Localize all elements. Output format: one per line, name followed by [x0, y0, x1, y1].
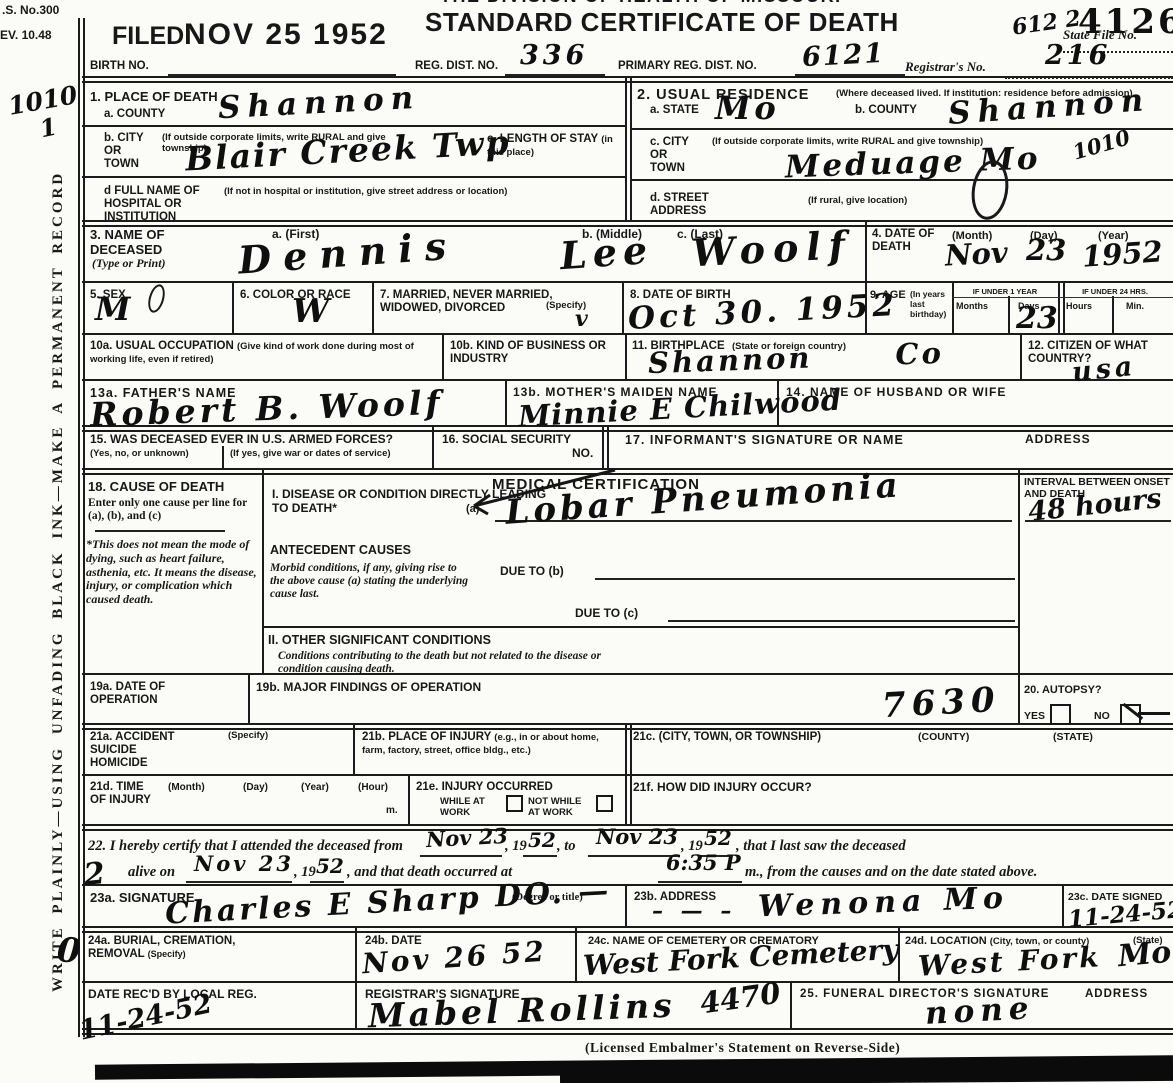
age-min-header: Min. [1126, 301, 1144, 311]
grid-line [262, 470, 264, 675]
registrar-signature-handwriting: Mabel Rollins [368, 989, 677, 1033]
grid-line [625, 886, 627, 928]
grid-line [1062, 886, 1064, 928]
date-of-death-label: 4. DATE OF DEATH [872, 228, 940, 254]
grid-line [408, 776, 410, 826]
margin-handwriting-0: 0 [56, 933, 82, 969]
pod-county-handwriting: Shannon [217, 83, 421, 125]
certify-text-6: m., from the causes and on the date stat… [745, 864, 1037, 881]
grid-line [168, 74, 396, 76]
grid-line [262, 626, 1018, 628]
res-city-extra-handwriting: 1010 [1070, 126, 1132, 162]
while-at-work-checkbox [506, 795, 523, 812]
autopsy-no-checkmark-tail [1138, 712, 1170, 715]
other-conditions-note: Conditions contributing to the death but… [278, 650, 613, 676]
citizen-handwriting: usa [1071, 353, 1138, 387]
res-state-label: a. STATE [650, 104, 699, 117]
grid-line [1005, 74, 1173, 79]
armed-forces-note2: (If yes, give war or dates of service) [230, 449, 435, 460]
toi-month-header: (Month) [168, 782, 205, 794]
registrar-no-label: Registrar's No. [905, 60, 986, 75]
autopsy-no-label: NO [1094, 710, 1110, 722]
ssn-no-label: NO. [572, 447, 593, 461]
certify-year3-handwriting: 52 [316, 856, 344, 876]
date-of-operation-label: 19a. DATE OF OPERATION [90, 681, 235, 707]
business-industry-label: 10b. KIND OF BUSINESS OR INDUSTRY [450, 340, 622, 366]
grid-line [82, 176, 625, 178]
agency-line: THE DIVISION OF HEALTH OF MISSOURI [440, 0, 842, 7]
grid-line [222, 446, 224, 470]
res-city-label: c. CITY OR TOWN [650, 136, 700, 176]
res-street-label: d. STREET ADDRESS [650, 192, 735, 218]
burial-state-handwriting: Mo [1117, 938, 1173, 973]
res-state-handwriting: Mo [715, 92, 780, 124]
grid-line [668, 620, 1015, 622]
certify-text-4: alive on [128, 864, 175, 881]
margin-handwriting-1: 1 [38, 115, 59, 142]
grid-line [630, 128, 1173, 130]
marital-handwriting: v [575, 308, 588, 330]
grid-line [625, 725, 632, 826]
other-conditions-label: II. OTHER SIGNIFICANT CONDITIONS [268, 633, 491, 647]
grid-line [355, 983, 357, 1030]
due-to-b-label: DUE TO (b) [500, 565, 564, 579]
grid-line [625, 335, 627, 381]
res-street-note: (If rural, give location) [808, 196, 907, 207]
grid-line [1018, 470, 1020, 725]
occupation-label: 10a. USUAL OCCUPATION (Give kind of work… [90, 340, 438, 366]
autopsy-yes-checkbox [1050, 704, 1071, 725]
grid-line [1112, 296, 1114, 335]
spouse-name-label: 14. NAME OF HUSBAND OR WIFE [786, 386, 1006, 400]
embalmer-note: (Licensed Embalmer's Statement on Revers… [585, 1040, 900, 1056]
grid-line [658, 881, 742, 883]
grid-line [186, 881, 292, 883]
filed-stamp: FILED [112, 22, 184, 51]
certify-year2-handwriting: 52 [704, 828, 732, 848]
age-note: (In years last birthday) [910, 290, 955, 319]
findings-handwriting: 7630 [881, 683, 1001, 723]
state-file-number: 41265 [1078, 2, 1173, 42]
armed-forces-label: 15. WAS DECEASED EVER IN U.S. ARMED FORC… [90, 433, 393, 447]
grid-line [248, 675, 250, 725]
middle-name-handwriting: Lee [559, 231, 655, 275]
injury-state-header: (STATE) [1053, 731, 1093, 743]
hospital-name-note: (If not in hospital or institution, give… [224, 187, 614, 198]
due-to-c-label: DUE TO (c) [575, 607, 638, 621]
autopsy-yes-label: YES [1024, 710, 1045, 722]
registrar-no-handwriting: 216 [1045, 42, 1110, 69]
grid-line [1008, 296, 1010, 335]
grid-line [420, 855, 502, 857]
registrar-extra-handwriting: 4470 [698, 979, 782, 1019]
major-findings-label: 19b. MAJOR FINDINGS OF OPERATION [256, 681, 481, 695]
grid-line [625, 78, 632, 222]
grid-line [82, 673, 1173, 675]
form-number-line1: .S. No.300 [2, 4, 59, 18]
toi-day-header: (Day) [243, 782, 268, 794]
funeral-director-handwriting: none [924, 993, 1035, 1030]
dod-day-handwriting: 23 [1026, 236, 1066, 265]
physician-address-dashes: – — – [652, 900, 736, 922]
grid-line [82, 981, 1173, 983]
margin-instruction: WRITE PLAINLY—USING UNFADING BLACK INK—M… [50, 171, 67, 992]
primary-reg-handwriting: 6121 [801, 40, 885, 71]
grid-line [795, 74, 905, 76]
reg-dist-label: REG. DIST. NO. [415, 60, 498, 73]
grid-line [505, 381, 507, 427]
ink-arrow-mark [430, 462, 620, 520]
res-county-label: b. COUNTY [855, 104, 917, 117]
certify-text-2: , to [557, 838, 576, 855]
toi-hour-header: (Hour) [358, 782, 388, 794]
dod-year-handwriting: 1952 [1081, 237, 1164, 272]
grid-line [442, 335, 444, 381]
dod-month-handwriting: Nov [944, 238, 1008, 270]
grid-line [790, 983, 792, 1030]
grid-line [82, 468, 1173, 475]
funeral-director-address-label: ADDRESS [1085, 988, 1148, 1001]
place-of-injury-label: 21b. PLACE OF INJURY (e.g., in or about … [362, 731, 618, 757]
burial-location-handwriting: West Fork [917, 943, 1102, 981]
cause-note1: Enter only one cause per line for (a), (… [88, 497, 258, 523]
filed-date-stamp: NOV 25 1952 [184, 18, 388, 53]
grid-line [865, 222, 867, 283]
certify-text-3: , that I last saw the deceased [736, 838, 906, 855]
certify-year1-handwriting: 52 [528, 830, 556, 850]
accident-suicide-label: 21a. ACCIDENT SUICIDE HOMICIDE [90, 731, 190, 771]
last-name-handwriting: Woolf [691, 226, 854, 272]
grid-line [232, 283, 234, 335]
color-race-handwriting: W [292, 294, 329, 327]
length-of-stay-label: c. LENGTH OF STAY (in this place) [487, 133, 622, 159]
hospital-name-label: d FULL NAME OF HOSPITAL OR INSTITUTION [104, 185, 222, 225]
name-of-deceased-title: 3. NAME OF DECEASED [90, 228, 230, 258]
place-of-death-title: 1. PLACE OF DEATH [90, 90, 218, 105]
grid-line [952, 297, 1173, 298]
pod-county-label: a. COUNTY [104, 108, 165, 121]
pod-city-label: b. CITY OR TOWN [104, 132, 152, 172]
morbid-conditions-note: Morbid conditions, if any, giving rise t… [270, 562, 470, 602]
cause-note2: *This does not mean the mode of dying, s… [86, 538, 260, 607]
grid-line [82, 379, 1173, 381]
grid-line [595, 578, 1015, 580]
injury-county-header: (COUNTY) [918, 731, 969, 743]
toi-m-label: m. [386, 805, 398, 817]
how-injury-occurred-label: 21f. HOW DID INJURY OCCUR? [633, 781, 812, 795]
not-while-at-work-checkbox [596, 795, 613, 812]
grid-line [353, 725, 355, 776]
grid-line [1020, 335, 1022, 381]
grid-line [82, 125, 625, 127]
first-name-handwriting: Dennis [237, 226, 459, 279]
time-of-injury-label: 21d. TIME OF INJURY [90, 781, 152, 807]
cause-of-death-label: 18. CAUSE OF DEATH [88, 480, 224, 495]
death-certificate-scan: .S. No.300 EV. 10.48 1010 1 WRITE PLAINL… [0, 0, 1173, 1083]
burial-label: 24a. BURIAL, CREMATION, REMOVAL (Specify… [88, 935, 248, 961]
margin-handwriting-2: 2 [82, 859, 106, 891]
ink-flourish-small-oval [145, 282, 167, 314]
grid-line [310, 881, 344, 883]
certify-19-3: , 19 [294, 864, 316, 881]
informant-address-label: ADDRESS [1025, 433, 1091, 447]
grid-line [505, 74, 605, 76]
certify-text-5: , and that death occurred at [347, 864, 512, 881]
grid-line [622, 283, 624, 335]
age-days-handwriting: 23 [1016, 304, 1058, 334]
autopsy-label: 20. AUTOPSY? [1024, 684, 1102, 697]
accident-specify-note: (Specify) [228, 731, 268, 742]
sex-handwriting: M [95, 293, 130, 325]
certificate-title: STANDARD CERTIFICATE OF DEATH [425, 8, 899, 38]
informant-label: 17. INFORMANT'S SIGNATURE OR NAME [625, 433, 904, 447]
certify-to-handwriting: Nov 23 [596, 826, 678, 847]
armed-forces-note1: (Yes, no, or unknown) [90, 449, 189, 460]
grid-line [82, 884, 1173, 886]
while-at-work-label: WHILE AT WORK [440, 797, 498, 819]
grid-line [523, 855, 557, 857]
type-or-print-note: (Type or Print) [92, 257, 166, 271]
ssn-label: 16. SOCIAL SECURITY [442, 433, 571, 447]
toi-year-header: (Year) [301, 782, 329, 794]
age-under1-header: IF UNDER 1 YEAR [954, 288, 1056, 297]
age-months-header: Months [956, 301, 988, 311]
grid-line [372, 283, 374, 335]
reg-dist-handwriting: 336 [520, 42, 588, 69]
primary-reg-label: PRIMARY REG. DIST. NO. [618, 60, 757, 73]
grid-line [95, 530, 225, 532]
age-under24-header: IF UNDER 24 HRS. [1060, 288, 1170, 297]
antecedent-causes-label: ANTECEDENT CAUSES [270, 543, 411, 557]
birthplace-handwriting: Shannon Co [648, 339, 945, 378]
grid-line [355, 928, 357, 983]
certify-alive-handwriting: Nov 23 [194, 853, 294, 874]
grid-line [82, 1028, 1173, 1035]
age-label: 9. AGE [870, 289, 906, 302]
physician-address-handwriting: Wenona Mo [758, 884, 1010, 923]
certify-time-handwriting: 6:35 P [666, 852, 741, 873]
age-hours-header: Hours [1066, 301, 1092, 311]
birth-no-label: BIRTH NO. [90, 60, 149, 73]
not-while-at-work-label: NOT WHILE AT WORK [528, 797, 592, 819]
form-number-line2: EV. 10.48 [0, 29, 52, 43]
certify-from-handwriting: Nov 23 [426, 825, 509, 850]
injury-occurred-label: 21e. INJURY OCCURRED [416, 781, 553, 794]
injury-city-label: 21c. (CITY, TOWN, OR TOWNSHIP) [633, 731, 821, 744]
grid-line [575, 928, 577, 983]
certify-19-1: , 19 [505, 838, 527, 855]
